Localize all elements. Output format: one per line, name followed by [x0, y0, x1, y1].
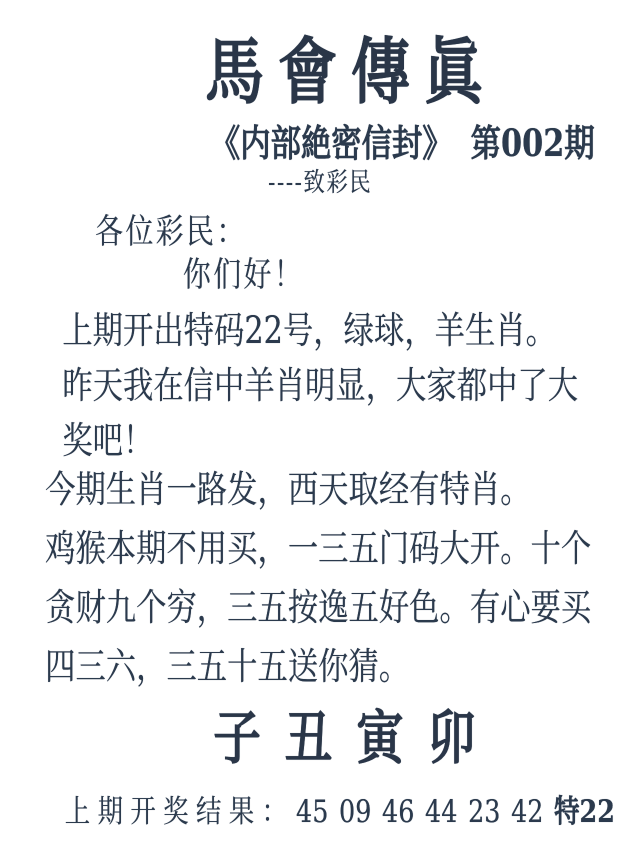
text-line: 鸡猴本期不用买，一三五门码大开。十个 — [45, 519, 640, 578]
fax-letter-page: 馬會傳眞 《内部絶密信封》第002期 ----致彩民 各位彩民： 你们好！ 上期… — [0, 0, 640, 844]
text-line: 贪财九个穷，三五按逸五好色。有心要买 — [45, 578, 640, 637]
paragraph-current-tips: 今期生肖一路发，西天取经有特肖。 鸡猴本期不用买，一三五门码大开。十个 贪财九个… — [0, 460, 640, 696]
issue-number: 第002期 — [471, 121, 595, 165]
result-number: 42 — [511, 794, 543, 830]
subtitle-line: 《内部絶密信封》第002期 — [0, 119, 640, 167]
text-line: 上期开出特码22号，绿球，羊生肖。 — [62, 303, 639, 358]
result-numbers: 450946442342 — [296, 794, 543, 830]
special-number-group: 特22 — [554, 794, 615, 830]
result-label: 上期开奖结果： — [65, 794, 295, 830]
result-number: 09 — [339, 794, 371, 830]
zodiac-hint: 子 丑 寅 卯 — [0, 700, 640, 776]
text-line: 昨天我在信中羊肖明显，大家都中了大 — [62, 358, 639, 413]
result-number: 46 — [382, 794, 414, 830]
text-line: 四三六，三五十五送你猜。 — [45, 637, 640, 696]
paragraph-previous-draw: 上期开出特码22号，绿球，羊生肖。 昨天我在信中羊肖明显，大家都中了大 奖吧！ — [0, 303, 640, 468]
salutation: 各位彩民： — [0, 211, 640, 253]
special-value: 22 — [580, 794, 615, 830]
page-title: 馬會傳眞 — [0, 30, 640, 114]
result-number: 23 — [468, 794, 500, 830]
result-number: 44 — [425, 794, 457, 830]
text-line: 今期生肖一路发，西天取经有特肖。 — [45, 460, 640, 519]
greeting: 你们好！ — [0, 254, 640, 296]
previous-results-line: 上期开奖结果：450946442342特22 — [0, 791, 640, 833]
special-label: 特 — [554, 794, 579, 830]
result-number: 45 — [296, 794, 328, 830]
subtitle-envelope: 《内部絶密信封》 — [210, 121, 453, 165]
dedication-line: ----致彩民 — [0, 167, 640, 199]
